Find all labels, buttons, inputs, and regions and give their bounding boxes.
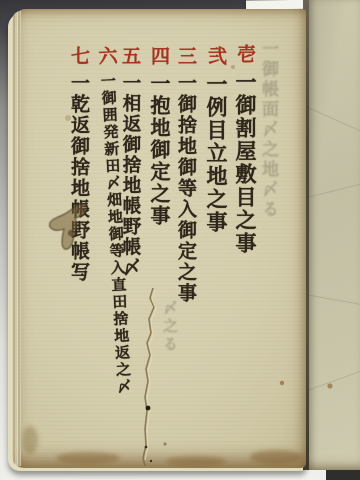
ghost-bleedthrough-column: 〆之る bbox=[160, 300, 181, 354]
paper-crease bbox=[302, 368, 360, 393]
column-number: 五 bbox=[119, 46, 141, 67]
column-number: 七 bbox=[68, 46, 90, 67]
column-text: 一抱地御定之事 bbox=[147, 73, 171, 227]
column-number: 弐 bbox=[205, 46, 227, 67]
column-text: 一例目立地之事 bbox=[204, 73, 229, 234]
text-column: 三一御捨地御等入御定之事 bbox=[173, 46, 200, 304]
column-number: 三 bbox=[175, 46, 197, 67]
column-number: 壱 bbox=[234, 44, 256, 65]
text-column: 壱一御割屋敷目之事 bbox=[230, 44, 260, 255]
paper-crease bbox=[305, 106, 360, 135]
column-text: 一御割屋敷目之事 bbox=[233, 71, 258, 255]
photo-backdrop: 一御帳面〆之地〆る 〆之る 壱一御割屋敷目之事 弐一例目立地之事 三一御捨地御等… bbox=[0, 0, 360, 480]
column-number: 六 bbox=[95, 45, 118, 67]
paper-crease bbox=[301, 182, 360, 200]
column-text: 一乾返御捨地帳野帳写 bbox=[68, 73, 90, 283]
facing-page bbox=[308, 0, 360, 470]
column-text: 一御捨地御等入御定之事 bbox=[175, 73, 197, 304]
page-stack-edge bbox=[12, 11, 21, 466]
paper-crease bbox=[304, 294, 360, 307]
column-number: 四 bbox=[148, 46, 170, 67]
text-column: 四一抱地御定之事 bbox=[145, 46, 174, 227]
text-column: 弐一例目立地之事 bbox=[201, 46, 231, 234]
text-column: 七一乾返御捨地帳野帳写 bbox=[66, 46, 93, 283]
